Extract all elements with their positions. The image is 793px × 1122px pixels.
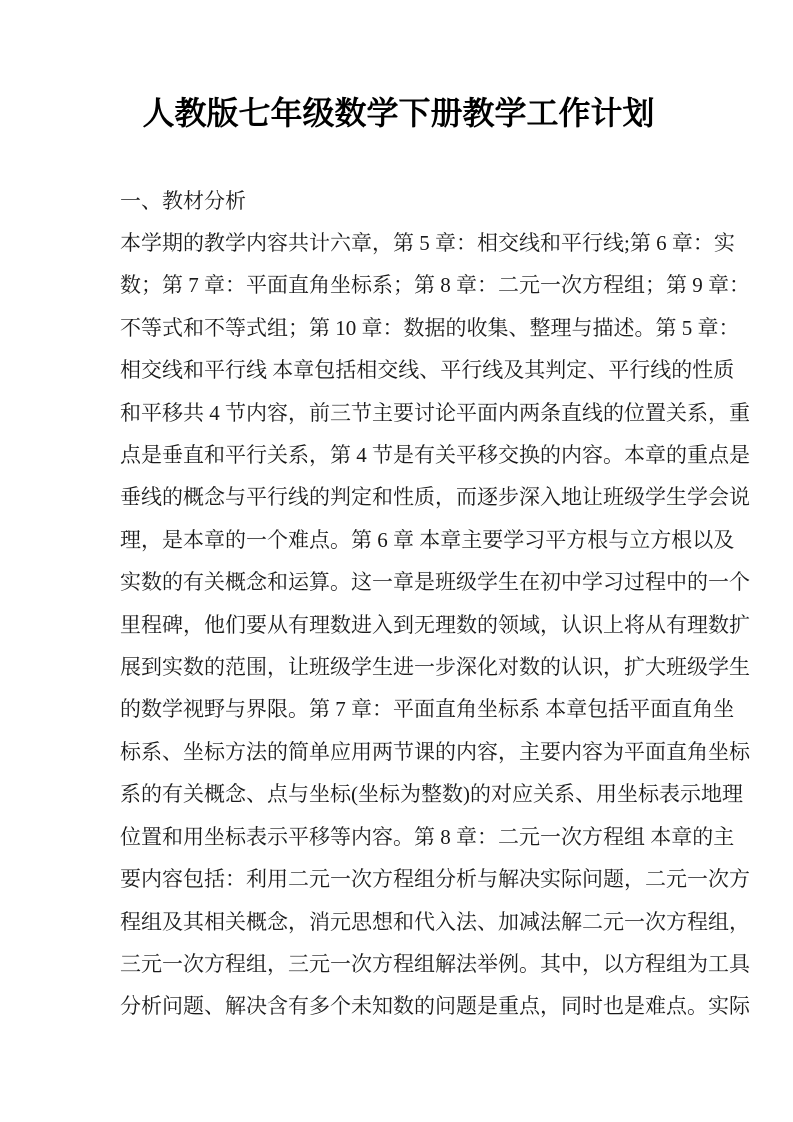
paragraph-line: 实数的有关概念和运算。这一章是班级学生在初中学习过程中的一个 [120,561,677,603]
paragraph-line: 程组及其相关概念，消元思想和代入法、加减法解二元一次方程组， [120,901,677,943]
paragraph-line: 三元一次方程组，三元一次方程组解法举例。其中，以方程组为工具 [120,943,677,985]
paragraph-line: 理，是本章的一个难点。第 6 章 本章主要学习平方根与立方根以及 [120,519,677,561]
paragraph-line: 数；第 7 章：平面直角坐标系；第 8 章：二元一次方程组；第 9 章： [120,264,677,306]
paragraph-line: 垂线的概念与平行线的判定和性质，而逐步深入地让班级学生学会说 [120,476,677,518]
paragraph-line: 标系、坐标方法的简单应用两节课的内容，主要内容为平面直角坐标 [120,731,677,773]
paragraph-line: 本学期的教学内容共计六章，第 5 章：相交线和平行线;第 6 章：实 [120,222,677,264]
paragraph-line: 的数学视野与界限。第 7 章：平面直角坐标系 本章包括平面直角坐 [120,688,677,730]
paragraph-line: 不等式和不等式组；第 10 章：数据的收集、整理与描述。第 5 章： [120,307,677,349]
document-page: 人教版七年级数学下册教学工作计划 一、教材分析 本学期的教学内容共计六章，第 5… [0,0,793,1122]
body-paragraph: 本学期的教学内容共计六章，第 5 章：相交线和平行线;第 6 章：实 数；第 7… [120,222,677,1028]
section-heading-material-analysis: 一、教材分析 [120,180,677,222]
paragraph-line: 相交线和平行线 本章包括相交线、平行线及其判定、平行线的性质 [120,349,677,391]
paragraph-line: 点是垂直和平行关系，第 4 节是有关平移交换的内容。本章的重点是 [120,434,677,476]
paragraph-line: 里程碑，他们要从有理数进入到无理数的领域，认识上将从有理数扩 [120,604,677,646]
document-title: 人教版七年级数学下册教学工作计划 [120,90,677,136]
paragraph-line: 系的有关概念、点与坐标(坐标为整数)的对应关系、用坐标表示地理 [120,773,677,815]
paragraph-line: 位置和用坐标表示平移等内容。第 8 章：二元一次方程组 本章的主 [120,816,677,858]
paragraph-line: 要内容包括：利用二元一次方程组分析与解决实际问题，二元一次方 [120,858,677,900]
paragraph-line: 和平移共 4 节内容，前三节主要讨论平面内两条直线的位置关系，重 [120,392,677,434]
paragraph-line: 分析问题、解决含有多个未知数的问题是重点，同时也是难点。实际 [120,985,677,1027]
paragraph-line: 展到实数的范围，让班级学生进一步深化对数的认识，扩大班级学生 [120,646,677,688]
